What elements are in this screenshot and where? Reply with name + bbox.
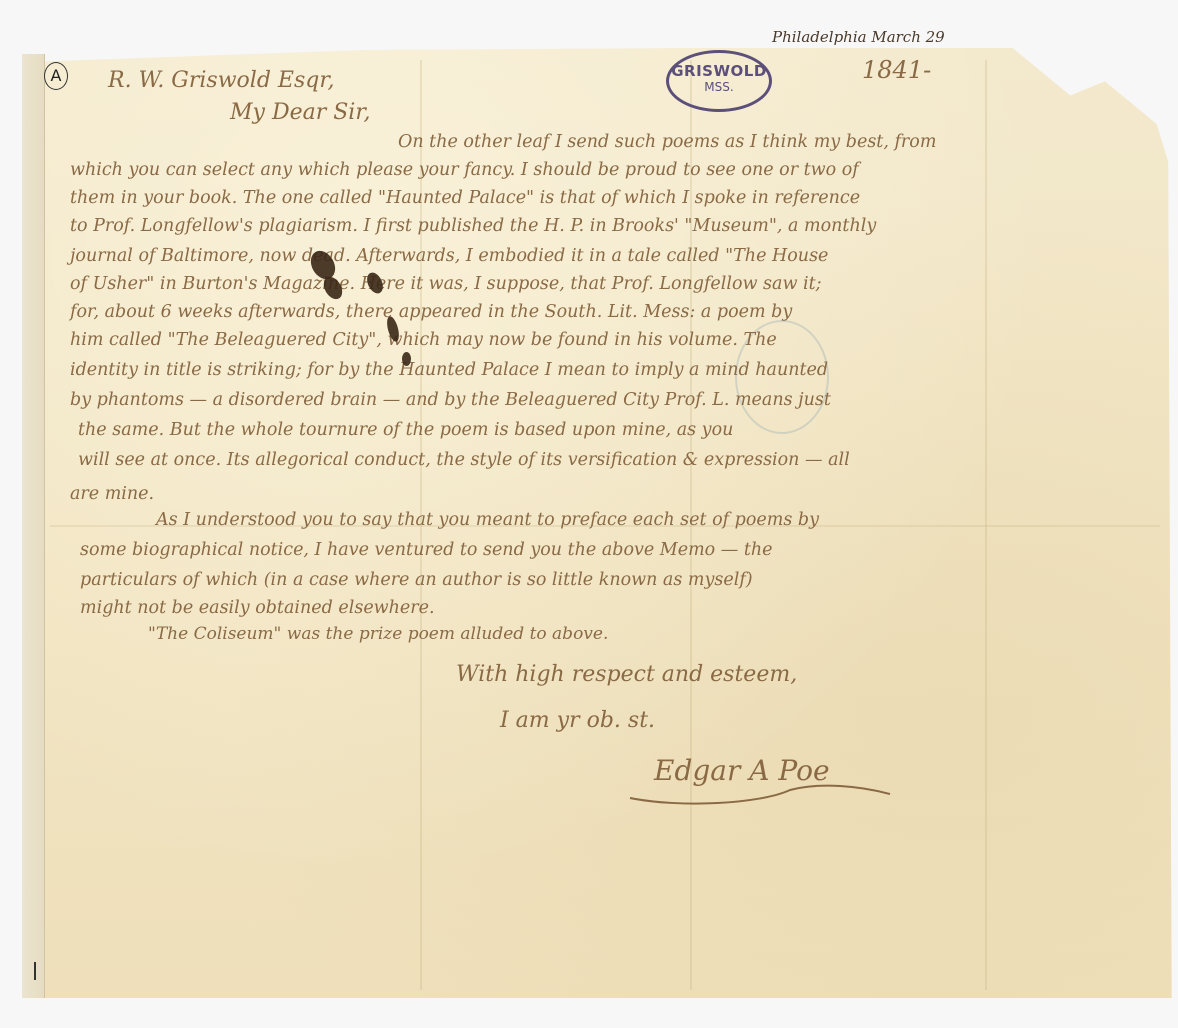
dateline-year: 1841- (862, 56, 931, 84)
paragraph2-line: particulars of which (in a case where an… (80, 570, 753, 590)
body-line: which you can select any which please yo… (70, 160, 859, 180)
dateline-place: Philadelphia March 29 (772, 28, 945, 46)
body-line: of Usher" in Burton's Magazine. Here it … (70, 274, 822, 294)
body-line: journal of Baltimore, now dead. Afterwar… (70, 246, 828, 266)
body-line: On the other leaf I send such poems as I… (398, 132, 936, 152)
stamp-line2: MSS. (669, 80, 769, 94)
body-line: are mine. (70, 484, 154, 504)
postscript: "The Coliseum" was the prize poem allude… (148, 624, 608, 644)
body-line: to Prof. Longfellow's plagiarism. I firs… (70, 216, 876, 236)
body-line: for, about 6 weeks afterwards, there app… (70, 302, 792, 322)
salutation: My Dear Sir, (230, 100, 370, 125)
griswold-stamp: GRISWOLD MSS. (666, 50, 772, 112)
addressee: R. W. Griswold Esqr, (108, 68, 334, 93)
body-line: by phantoms — a disordered brain — and b… (70, 390, 831, 410)
paragraph2-line: some biographical notice, I have venture… (80, 540, 773, 560)
body-line: will see at once. Its allegorical conduc… (78, 450, 850, 470)
stamp-line1: GRISWOLD (669, 62, 769, 80)
body-line: the same. But the whole tournure of the … (78, 420, 733, 440)
margin-tick (34, 962, 36, 980)
closing-2: I am yr ob. st. (500, 708, 655, 733)
archive-marker: A (44, 62, 68, 90)
body-line: them in your book. The one called "Haunt… (70, 188, 860, 208)
signature-flourish (620, 780, 900, 810)
closing: With high respect and esteem, (456, 662, 797, 687)
body-line: identity in title is striking; for by th… (70, 360, 828, 380)
paragraph2-line: might not be easily obtained elsewhere. (80, 598, 435, 618)
body-line: him called "The Beleaguered City", which… (70, 330, 777, 350)
left-margin-strip (22, 54, 45, 998)
ink-blot (402, 352, 411, 366)
paragraph2-line: As I understood you to say that you mean… (156, 510, 819, 530)
